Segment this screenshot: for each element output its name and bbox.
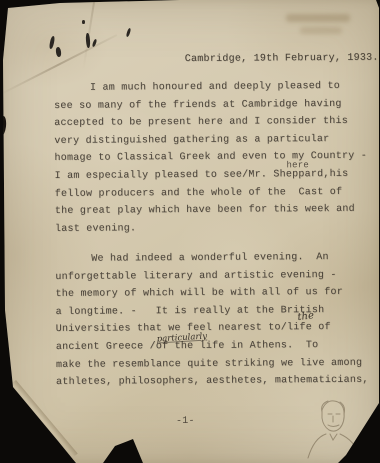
letter-paper: Cambridge, 19th February, 1933. I am muc… bbox=[0, 0, 380, 463]
paragraph-1: I am much honoured and deeply pleased to… bbox=[54, 81, 370, 242]
paragraph-2: We had indeed a wonderful evening. An un… bbox=[55, 252, 371, 395]
handwritten-insertion-the: the bbox=[297, 310, 315, 323]
letter-line: I am much honoured and deeply pleased to bbox=[54, 81, 369, 101]
typed-insertion-here: here bbox=[287, 160, 309, 170]
letter-content: Cambridge, 19th February, 1933. I am muc… bbox=[0, 0, 380, 463]
letter-line: last evening. bbox=[55, 221, 370, 241]
letter-line: We had indeed a wonderful evening. An bbox=[55, 252, 370, 272]
letter-line: the memory of which will be with all of … bbox=[55, 287, 370, 307]
page-number: -1- bbox=[1, 415, 369, 429]
letter-line: ancient Greece /of the life in Athens. T… bbox=[56, 340, 371, 360]
letter-line: accepted to be present here and I consid… bbox=[54, 116, 369, 136]
letter-line: athletes, philosophers, aesthetes, mathe… bbox=[56, 375, 371, 395]
dateline: Cambridge, 19th February, 1933. bbox=[185, 53, 379, 65]
letter-line: Universities that we feel nearest to/lif… bbox=[56, 322, 371, 342]
letter-line: I am especially pleased to see/Mr. Shepp… bbox=[55, 169, 370, 189]
letter-line: homage to Classical Greek and even to my… bbox=[54, 151, 369, 171]
letter-line: the great play which have been for this … bbox=[55, 204, 370, 224]
